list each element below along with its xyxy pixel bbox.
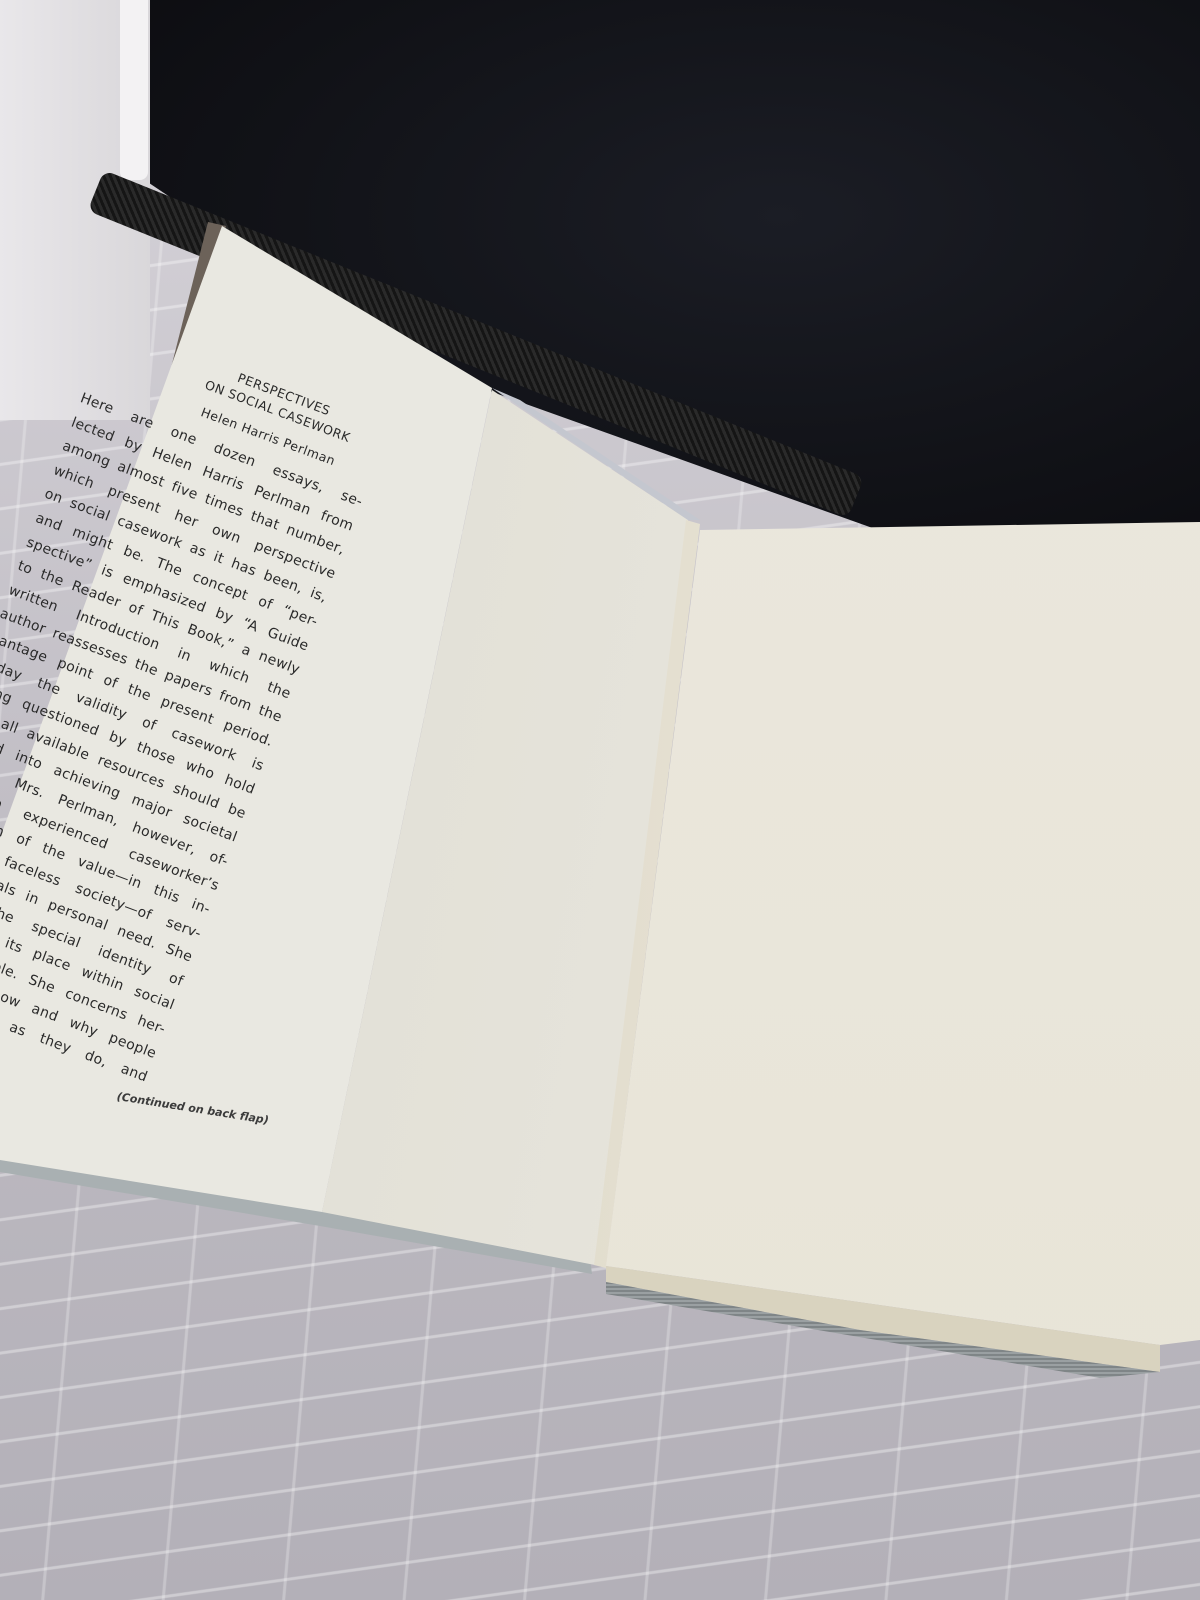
photo-scene: PERSPECTIVES ON SOCIAL CASEWORK Helen Ha… — [0, 0, 1200, 1600]
white-fabric-strip — [120, 0, 148, 180]
